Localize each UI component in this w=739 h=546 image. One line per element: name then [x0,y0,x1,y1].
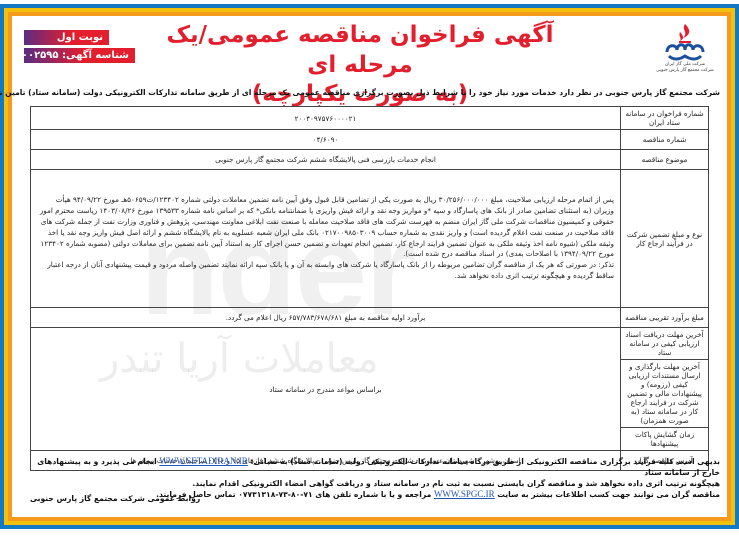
row-value-estimate: برآورد اولیه مناقصه به مبلغ ۶۵۷/۷۸۳/۶۷۸/… [31,308,621,328]
guarantee-text: پس از اتمام مرحله ارزیابی صلاحیت، مبلغ ۳… [37,195,614,260]
logo-caption-spgc: شرکت مجتمع گاز پارس جنوبی [652,68,718,74]
setadiran-link[interactable]: WWW.SETADIRAN.IR [159,456,247,466]
table-row: آخرین مهلت دریافت اسناد ارزیابی کیفی در … [31,328,709,360]
nigc-flame-logo-icon [663,22,707,62]
table-row: شماره مناقصه ۰۴/۶۰۹۰ [31,130,709,150]
round-badge: نوبت اول [24,30,109,45]
row-label: نوع و مبلغ تضمین شرکت در فرآیند ارجاع کا… [621,170,709,308]
table-row: نوع و مبلغ تضمین شرکت در فرآیند ارجاع کا… [31,170,709,308]
table-row: موضوع مناقصه انجام خدمات بازرسی فنی پالا… [31,150,709,170]
company-logo: شرکت ملی گاز ایران شرکت مجتمع گاز پارس ج… [652,22,718,82]
row-label: مبلغ برآورد تقریبی مناقصه [621,308,709,328]
row-label: موضوع مناقصه [621,150,709,170]
title-line-1: آگهی فراخوان مناقصه عمومی/یک مرحله ای [150,20,570,80]
footer-line-2: هیچگونه ترتیب اثری داده نخواهد شد و مناق… [20,478,720,489]
guarantee-note: تذکر: در صورتی که هر یک از مناقصه گران ت… [37,260,614,282]
announcement-page: nder معاملات آریا تندر شرکت ملی گاز ایرا… [20,14,720,511]
badges: نوبت اول شناسه آگهی: ۲۰۰۲۵۹۵ [24,30,135,66]
row-label: زمان گشایش پاکات پیشنهادها [621,428,709,451]
row-label: شماره فراخوان در سامانه ستاد ایران [621,107,709,130]
footer-text: بدیهی است کلیه فرآیند برگزاری مناقصه الک… [250,457,720,466]
table-row: شماره فراخوان در سامانه ستاد ایران ۲۰۰۴۰… [31,107,709,130]
ad-id-badge: شناسه آگهی: ۲۰۰۲۵۹۵ [24,48,135,63]
table-row: مبلغ برآورد تقریبی مناقصه برآورد اولیه م… [31,308,709,328]
tender-info-table: شماره فراخوان در سامانه ستاد ایران ۲۰۰۴۰… [30,106,709,471]
row-value-schedule: براساس مواعد مندرج در سامانه ستاد [31,328,621,451]
spgc-link[interactable]: WWW.SPGC.IR [434,489,495,499]
row-label: شماره مناقصه [621,130,709,150]
public-relations-signature: روابط عمومی شرکت مجتمع گاز پارس جنوبی [30,494,200,503]
row-value-call-number: ۲۰۰۴۰۹۷۵۷۶۰۰۰۰۲۱ [31,107,621,130]
row-label: آخرین مهلت بارگذاری و ارسال مستندات ارزی… [621,360,709,428]
row-label: آخرین مهلت دریافت اسناد ارزیابی کیفی در … [621,328,709,360]
row-value-tender-number: ۰۴/۶۰۹۰ [31,130,621,150]
footer-line-1: بدیهی است کلیه فرآیند برگزاری مناقصه الک… [20,456,720,478]
intro-text: شرکت مجتمع گاز پارس جنوبی در نظر دارد خد… [20,88,720,97]
footer-text: مناقصه گران می توانند جهت کسب اطلاعات بی… [497,490,720,499]
row-value-guarantee: پس از اتمام مرحله ارزیابی صلاحیت، مبلغ ۳… [31,170,621,308]
row-value-subject: انجام خدمات بازرسی فنی پالایشگاه ششم شرک… [31,150,621,170]
